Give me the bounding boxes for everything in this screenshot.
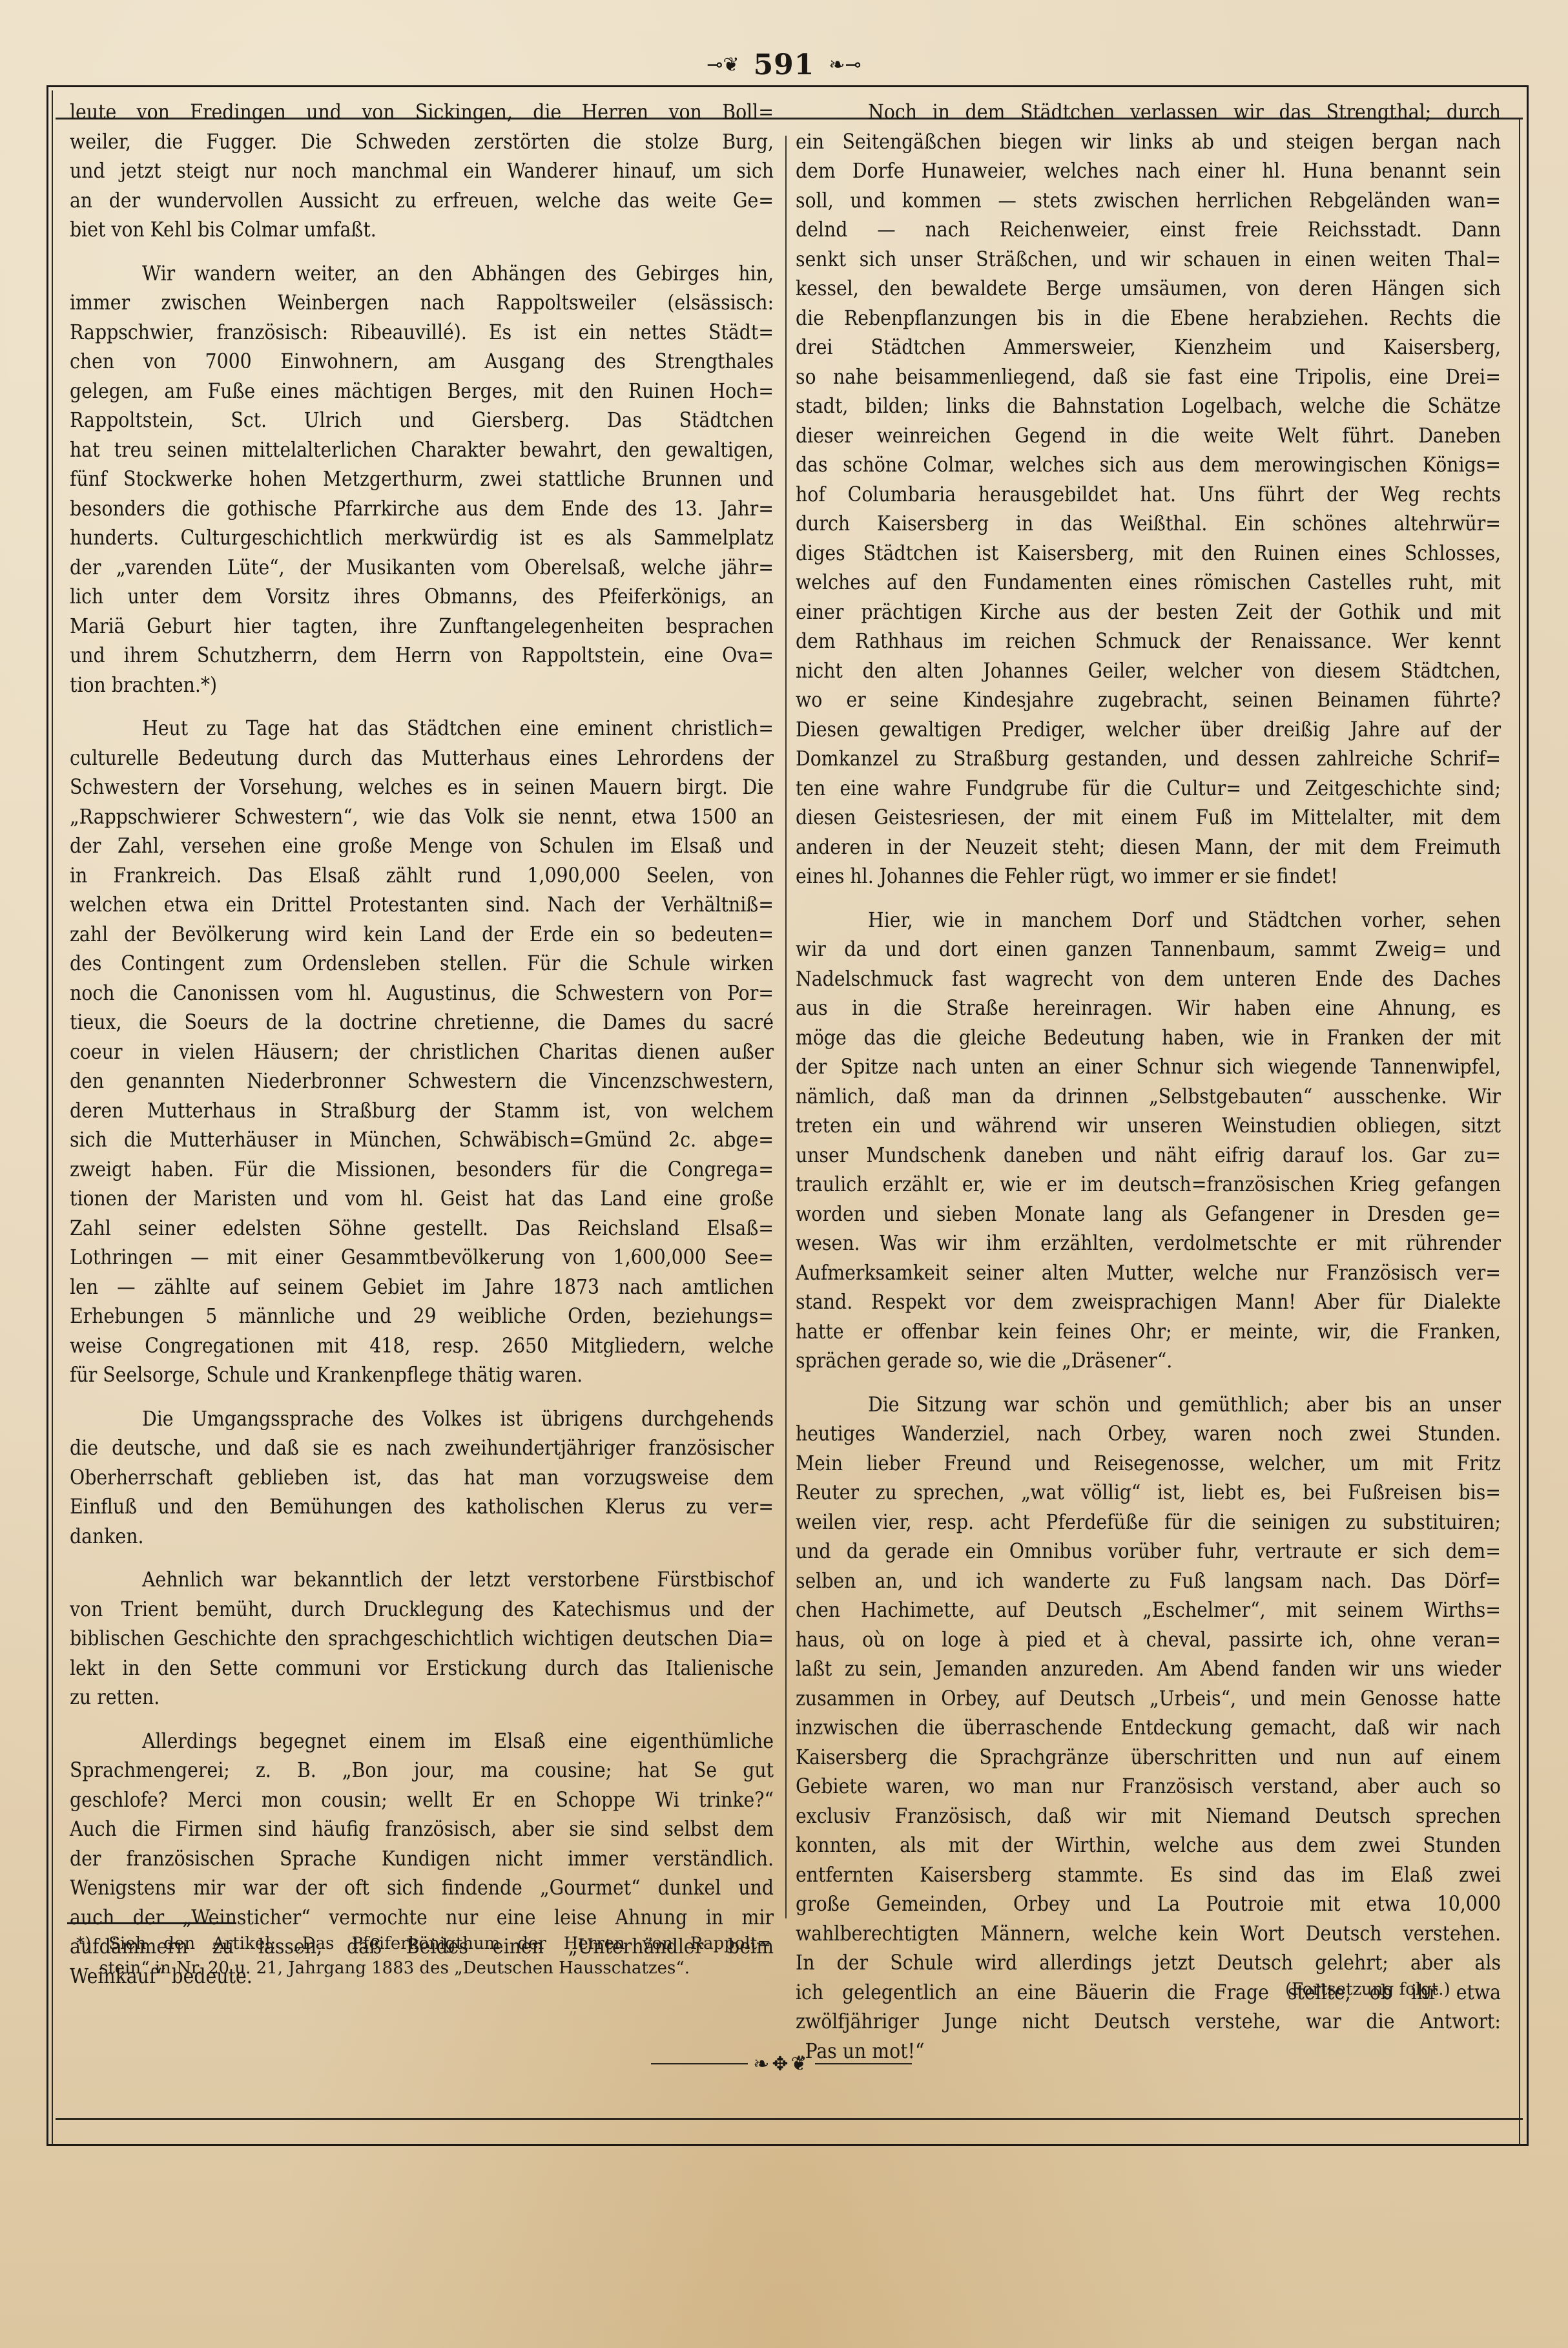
- text-line: hatte er offenbar kein feines Ohr; er me…: [796, 1318, 1501, 1347]
- text-line: der Spitze nach unten an einer Schnur si…: [796, 1053, 1501, 1083]
- text-line: stand. Respekt vor dem zweisprachigen Ma…: [796, 1288, 1501, 1318]
- text-line: danken.: [70, 1522, 774, 1552]
- page-header: ⊸❦ 591 ❧⊸: [0, 45, 1568, 84]
- column-divider: [785, 136, 787, 1918]
- footnote: *) Sieh den Artikel: „Das Pfeiferkönigth…: [76, 1931, 771, 1980]
- text-line: chen Hachimette, auf Deutsch „Eschelmer“…: [796, 1596, 1501, 1626]
- footnote-rule: [67, 1922, 236, 1924]
- text-line: culturelle Bedeutung durch das Mutterhau…: [70, 744, 774, 774]
- text-line: und ihrem Schutzherrn, dem Herrn von Rap…: [70, 641, 774, 671]
- text-line: biblischen Geschichte den sprachgeschich…: [70, 1625, 774, 1654]
- ornament-bar-left: [651, 2063, 748, 2064]
- text-line: Aufmerksamkeit seiner alten Mutter, welc…: [796, 1259, 1501, 1289]
- text-line: eines hl. Johannes die Fehler rügt, wo i…: [796, 862, 1501, 892]
- text-line: zwölfjähriger Junge nicht Deutsch verste…: [796, 2008, 1501, 2037]
- continued-note: (Fortsetzung folgt.): [1285, 1980, 1450, 1999]
- text-line: haus, où on loge à pied et à cheval, pas…: [796, 1626, 1501, 1656]
- text-line: biet von Kehl bis Colmar umfaßt.: [70, 216, 774, 245]
- text-line: einer prächtigen Kirche aus der besten Z…: [796, 598, 1501, 628]
- footnote-line: stein“ in Nr. 20 u. 21, Jahrgang 1883 de…: [76, 1956, 794, 1980]
- paragraph: Wir wandern weiter, an den Abhängen des …: [70, 260, 774, 701]
- text-line: Erhebungen 5 männliche und 29 weibliche …: [70, 1302, 774, 1332]
- text-line: der Zahl, versehen eine große Menge von …: [70, 832, 774, 862]
- text-line: nämlich, daß man da drinnen „Selbstgebau…: [796, 1083, 1501, 1112]
- text-line: selben an, und ich wanderte zu Fuß langs…: [796, 1567, 1501, 1597]
- text-line: wahlberechtigten Männern, welche kein Wo…: [796, 1920, 1501, 1949]
- text-line: Auch die Firmen sind häufig französisch,…: [70, 1815, 774, 1845]
- text-line: hof Columbaria herausgebildet hat. Uns f…: [796, 481, 1501, 510]
- text-line: Mariä Geburt hier tagten, ihre Zunftange…: [70, 612, 774, 642]
- text-line: Wenigstens mir war der oft sich findende…: [70, 1874, 774, 1904]
- text-line: große Gemeinden, Orbey und La Poutroie m…: [796, 1890, 1501, 1920]
- text-line: Allerdings begegnet einem im Elsaß eine …: [70, 1727, 774, 1757]
- text-line: an der wundervollen Aussicht zu erfreuen…: [70, 187, 774, 216]
- text-line: zahl der Bevölkerung wird kein Land der …: [70, 920, 774, 950]
- text-line: wesen. Was wir ihm erzählten, verdolmets…: [796, 1229, 1501, 1259]
- text-line: diesen Geistesriesen, der mit einem Fuß …: [796, 804, 1501, 833]
- text-line: inzwischen die überraschende Entdeckung …: [796, 1714, 1501, 1743]
- text-line: immer zwischen Weinbergen nach Rappoltsw…: [70, 289, 774, 318]
- text-line: des Contingent zum Ordensleben stellen. …: [70, 950, 774, 979]
- text-line: exclusiv Französisch, daß wir mit Nieman…: [796, 1802, 1501, 1832]
- text-line: stadt, bilden; links die Bahnstation Log…: [796, 392, 1501, 422]
- text-line: der „varenden Lüte“, der Musikanten vom …: [70, 554, 774, 583]
- text-line: Die Umgangssprache des Volkes ist übrige…: [70, 1405, 774, 1435]
- text-line: die deutsche, und daß sie es nach zweihu…: [70, 1434, 774, 1464]
- text-line: tion brachten.*): [70, 671, 774, 701]
- frame-rule-right: [1519, 118, 1520, 2146]
- text-line: Noch in dem Städtchen verlassen wir das …: [796, 98, 1501, 128]
- text-line: zu retten.: [70, 1683, 774, 1713]
- text-line: tieux, die Soeurs de la doctrine chretie…: [70, 1008, 774, 1038]
- text-line: len — zählte auf seinem Gebiet im Jahre …: [70, 1273, 774, 1303]
- text-line: von Trient bemüht, durch Drucklegung des…: [70, 1595, 774, 1625]
- text-line: „Rappschwierer Schwestern“, wie das Volk…: [70, 803, 774, 833]
- paragraph: Heut zu Tage hat das Städtchen eine emin…: [70, 714, 774, 1391]
- text-line: die Rebenpflanzungen bis in die Ebene he…: [796, 304, 1501, 334]
- text-line: sprächen gerade so, wie die „Dräsener“.: [796, 1347, 1501, 1377]
- text-line: Kaisersberg die Sprachgränze überschritt…: [796, 1743, 1501, 1773]
- text-line: Aehnlich war bekanntlich der letzt verst…: [70, 1566, 774, 1595]
- text-line: Rappoltstein, Sct. Ulrich und Giersberg.…: [70, 406, 774, 436]
- text-line: Nadelschmuck fast wagrecht von dem unter…: [796, 965, 1501, 995]
- text-line: worden und sieben Monate lang als Gefang…: [796, 1200, 1501, 1230]
- text-line: noch die Canonissen vom hl. Augustinus, …: [70, 979, 774, 1009]
- text-line: Oberherrschaft geblieben ist, das hat ma…: [70, 1464, 774, 1493]
- footnote-line: *) Sieh den Artikel: „Das Pfeiferkönigth…: [76, 1931, 771, 1956]
- text-line: aus in die Straße hereinragen. Wir haben…: [796, 994, 1501, 1024]
- text-line: gelegen, am Fuße eines mächtigen Berges,…: [70, 377, 774, 407]
- text-line: coeur in vielen Häusern; der christliche…: [70, 1038, 774, 1068]
- page-number: 591: [754, 48, 815, 81]
- end-ornament: ❧✥❦: [588, 2051, 975, 2077]
- text-line: weilen vier, resp. acht Pferdefüße für d…: [796, 1508, 1501, 1538]
- text-line: lich unter dem Vorsitz ihres Obmanns, de…: [70, 583, 774, 612]
- text-line: traulich erzählt er, wie er im deutsch=f…: [796, 1170, 1501, 1200]
- text-line: welches auf den Fundamenten eines römisc…: [796, 568, 1501, 598]
- text-line: In der Schule wird allerdings jetzt Deut…: [796, 1949, 1501, 1979]
- text-line: kessel, den bewaldete Berge umsäumen, vo…: [796, 275, 1501, 304]
- text-line: Zahl seiner edelsten Söhne gestellt. Das…: [70, 1214, 774, 1244]
- text-line: chen von 7000 Einwohnern, am Ausgang des…: [70, 348, 774, 377]
- text-line: auch der „Weinsticher“ vermochte nur ein…: [70, 1904, 774, 1933]
- text-line: ten eine wahre Fundgrube für die Cultur=…: [796, 774, 1501, 804]
- text-line: geschlofe? Merci mon cousin; wellt Er en…: [70, 1786, 774, 1816]
- paragraph: Aehnlich war bekanntlich der letzt verst…: [70, 1566, 774, 1713]
- text-line: besonders die gothische Pfarrkirche aus …: [70, 495, 774, 525]
- paragraph: Hier, wie in manchem Dorf und Städtchen …: [796, 906, 1501, 1377]
- ornament-left-icon: ⊸❦: [707, 54, 739, 76]
- ornament-right-icon: ❧⊸: [829, 54, 861, 76]
- paragraph: Die Umgangssprache des Volkes ist übrige…: [70, 1405, 774, 1552]
- text-line: drei Städtchen Ammersweier, Kienzheim un…: [796, 333, 1501, 363]
- text-line: Lothringen — mit einer Gesammtbevölkerun…: [70, 1243, 774, 1273]
- text-line: sich die Mutterhäuser in München, Schwäb…: [70, 1126, 774, 1156]
- text-line: dieser weinreichen Gegend in die weite W…: [796, 422, 1501, 452]
- text-line: und da gerade ein Omnibus vorüber fuhr, …: [796, 1537, 1501, 1567]
- paragraph: leute von Fredingen und von Sickingen, d…: [70, 98, 774, 245]
- text-line: welchen etwa ein Drittel Protestanten si…: [70, 891, 774, 920]
- text-line: das schöne Colmar, welches sich aus dem …: [796, 451, 1501, 481]
- text-line: unser Mundschenk daneben und näht eifrig…: [796, 1141, 1501, 1171]
- ornament-bar-right: [815, 2063, 912, 2064]
- text-line: den genannten Niederbronner Schwestern d…: [70, 1067, 774, 1097]
- text-line: hat treu seinen mittelalterlichen Charak…: [70, 436, 774, 466]
- text-line: Reuter zu sprechen, „wat völlig“ ist, li…: [796, 1479, 1501, 1508]
- text-line: weiler, die Fugger. Die Schweden zerstör…: [70, 128, 774, 158]
- text-line: wo er seine Kindesjahre zugebracht, sein…: [796, 686, 1501, 716]
- text-line: Sprachmengerei; z. B. „Bon jour, ma cous…: [70, 1756, 774, 1786]
- text-line: so nahe beisammenliegend, daß sie fast e…: [796, 363, 1501, 393]
- text-line: Wir wandern weiter, an den Abhängen des …: [70, 260, 774, 289]
- text-line: Hier, wie in manchem Dorf und Städtchen …: [796, 906, 1501, 936]
- text-line: durch Kaisersberg in das Weißthal. Ein s…: [796, 510, 1501, 539]
- flourish-icon: ❧✥❦: [753, 2053, 809, 2075]
- text-line: hunderts. Culturgeschichtlich merkwürdig…: [70, 524, 774, 554]
- text-line: soll, und kommen — stets zwischen herrli…: [796, 187, 1501, 216]
- text-line: lekt in den Sette communi vor Erstickung…: [70, 1654, 774, 1684]
- text-line: konnten, als mit der Wirthin, welche aus…: [796, 1831, 1501, 1861]
- text-line: in Frankreich. Das Elsaß zählt rund 1,09…: [70, 862, 774, 891]
- paragraph: Die Sitzung war schön und gemüthlich; ab…: [796, 1391, 1501, 2067]
- left-column: leute von Fredingen und von Sickingen, d…: [70, 98, 774, 2006]
- text-line: weise Congregationen mit 418, resp. 2650…: [70, 1332, 774, 1362]
- text-line: treten ein und während wir unseren Weins…: [796, 1112, 1501, 1141]
- text-line: leute von Fredingen und von Sickingen, d…: [70, 98, 774, 128]
- text-line: möge das die gleiche Bedeutung haben, wi…: [796, 1024, 1501, 1054]
- text-line: laßt zu sein, Jemanden anzureden. Am Abe…: [796, 1655, 1501, 1685]
- text-line: ein Seitengäßchen biegen wir links ab un…: [796, 128, 1501, 158]
- text-line: deren Mutterhaus in Straßburg der Stamm …: [70, 1097, 774, 1127]
- text-line: entfernten Kaisersberg stammte. Es sind …: [796, 1861, 1501, 1891]
- text-line: und jetzt steigt nur noch manchmal ein W…: [70, 157, 774, 187]
- text-line: senkt sich unser Sträßchen, und wir scha…: [796, 245, 1501, 275]
- text-line: Domkanzel zu Straßburg gestanden, und de…: [796, 745, 1501, 774]
- text-line: Einfluß und den Bemühungen des katholisc…: [70, 1493, 774, 1522]
- text-line: Mein lieber Freund und Reisegenosse, wel…: [796, 1449, 1501, 1479]
- text-line: zusammen in Orbey, auf Deutsch „Urbeis“,…: [796, 1685, 1501, 1714]
- text-line: Die Sitzung war schön und gemüthlich; ab…: [796, 1391, 1501, 1420]
- right-column: Noch in dem Städtchen verlassen wir das …: [796, 98, 1501, 2081]
- text-line: dem Rathhaus im reichen Schmuck der Rena…: [796, 627, 1501, 657]
- text-line: delnd — nach Reichenweier, einst freie R…: [796, 216, 1501, 245]
- text-line: Gebiete waren, wo man nur Französisch ve…: [796, 1772, 1501, 1802]
- text-line: diges Städtchen ist Kaisersberg, mit den…: [796, 539, 1501, 569]
- frame-rule-left: [52, 90, 53, 2145]
- text-line: Rappschwier, französisch: Ribeauvillé). …: [70, 318, 774, 348]
- text-line: anderen in der Neuzeit steht; diesen Man…: [796, 833, 1501, 863]
- text-line: Schwestern der Vorsehung, welches es in …: [70, 773, 774, 803]
- text-line: Diesen gewaltigen Prediger, welcher über…: [796, 716, 1501, 745]
- text-line: Heut zu Tage hat das Städtchen eine emin…: [70, 714, 774, 744]
- paragraph: Noch in dem Städtchen verlassen wir das …: [796, 98, 1501, 892]
- text-line: tionen der Maristen und vom hl. Geist ha…: [70, 1185, 774, 1214]
- text-line: wir da und dort einen ganzen Tannenbaum,…: [796, 935, 1501, 965]
- text-line: heutiges Wanderziel, nach Orbey, waren n…: [796, 1420, 1501, 1449]
- text-line: der französischen Sprache Kundigen nicht…: [70, 1845, 774, 1875]
- text-line: für Seelsorge, Schule und Krankenpflege …: [70, 1361, 774, 1391]
- text-line: zweigt haben. Für die Missionen, besonde…: [70, 1156, 774, 1185]
- text-line: fünf Stockwerke hohen Metzgerthurm, zwei…: [70, 465, 774, 495]
- text-line: nicht den alten Johannes Geiler, welcher…: [796, 657, 1501, 687]
- text-line: dem Dorfe Hunaweier, welches nach einer …: [796, 157, 1501, 187]
